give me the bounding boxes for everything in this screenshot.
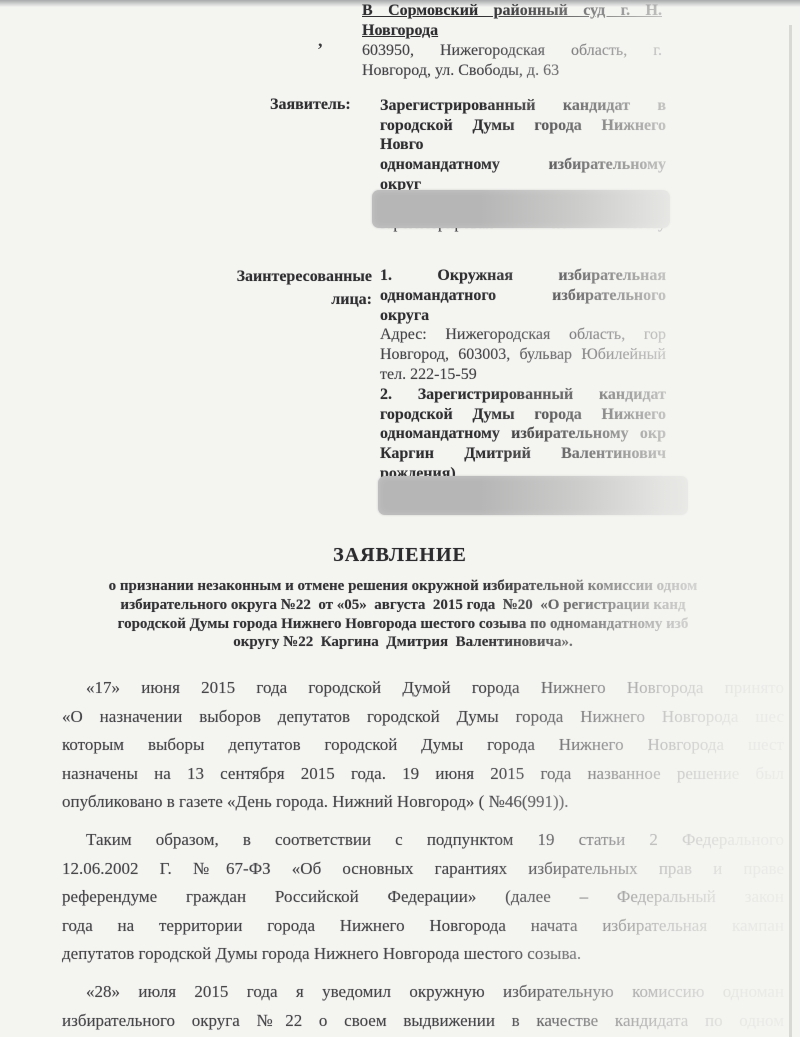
text-line: о признании незаконным и отмене решения …: [48, 577, 758, 596]
text-line: 1. Окружная избирательная: [380, 266, 666, 286]
text-line: округу №22 Каргина Дмитрия Валентиновича…: [48, 633, 758, 652]
text-line: В Сормовский районный суд г. Н.: [362, 1, 662, 21]
redaction-box: [372, 190, 670, 228]
stray-mark: ,: [318, 30, 323, 51]
applicant-label: Заявитель:: [270, 96, 351, 114]
text-line: 603950, Нижегородская область, г.: [362, 41, 662, 61]
text-line: Новгорода: [362, 21, 662, 41]
text-line: одномандатному избирательному окр: [380, 424, 666, 444]
text-line: тел. 222-15-59: [380, 365, 666, 385]
redaction-box: [378, 476, 688, 515]
text-line: городской Думы города Нижнего: [380, 405, 666, 425]
text-line: депутатов городской Думы города Нижнего …: [62, 940, 784, 969]
text-line: опубликовано в газете «День города. Нижн…: [62, 788, 784, 817]
text-line: одномандатному избирательному округ: [380, 155, 666, 194]
body-paragraph: Таким образом, в соответствии с подпункт…: [62, 826, 784, 969]
text-line: «17» июня 2015 года городской Думой горо…: [62, 674, 784, 703]
text-line: 2. Зарегистрированный кандидат: [380, 385, 666, 405]
text-line: Адрес: Нижегородская область, гор: [380, 325, 666, 345]
body-paragraph: «28» июля 2015 года я уведомил окружную …: [62, 978, 784, 1035]
court-address-block: В Сормовский районный суд г. Н.Новгорода…: [362, 1, 662, 81]
body-paragraph: «17» июня 2015 года городской Думой горо…: [62, 674, 784, 817]
text-line: Новгород, ул. Свободы, д. 63: [362, 61, 662, 81]
text-line: городской Думы города Нижнего Новгорода …: [48, 615, 758, 634]
text-line: Новгород, 603003, бульвар Юбилейный: [380, 345, 666, 365]
document-page: В Сормовский районный суд г. Н.Новгорода…: [0, 0, 800, 1037]
text-line: референдуме граждан Российской Федерации…: [62, 883, 784, 912]
text-line: года на территории города Нижнего Новгор…: [62, 912, 784, 941]
document-title: ЗАЯВЛЕНИЕ: [0, 544, 800, 567]
text-line: «О назначении выборов депутатов городско…: [62, 703, 784, 732]
text-line: Каргин Дмитрий Валентинович: [380, 444, 666, 464]
text-line: избирательного округа №22 о своем выдвиж…: [62, 1007, 784, 1036]
label-line: лица:: [150, 289, 372, 312]
text-line: назначены на 13 сентября 2015 года. 19 и…: [62, 760, 784, 789]
text-line: «28» июля 2015 года я уведомил окружную …: [62, 978, 784, 1007]
label-line: Заинтересованные: [150, 266, 372, 289]
text-line: избирательного округа №22 от «05» август…: [48, 596, 758, 615]
text-line: Зарегистрированный кандидат в: [380, 96, 666, 116]
text-line: одномандатного избирательного округа: [380, 286, 666, 326]
text-line: 12.06.2002 Г. №67-ФЗ «Об основных гарант…: [62, 855, 784, 884]
document-subtitle: о признании незаконным и отмене решения …: [48, 577, 758, 652]
document-body: «17» июня 2015 года городской Думой горо…: [62, 674, 784, 1035]
scanned-document-content: В Сормовский районный суд г. Н.Новгорода…: [0, 0, 800, 1037]
interested-parties-block: 1. Окружная избирательнаяодномандатного …: [380, 266, 666, 504]
interested-parties-label: Заинтересованные лица:: [150, 266, 372, 311]
text-line: которым выборы депутатов городской Думы …: [62, 731, 784, 760]
text-line: Таким образом, в соответствии с подпункт…: [62, 826, 784, 855]
text-line: городской Думы города Нижнего Новго: [380, 116, 666, 155]
